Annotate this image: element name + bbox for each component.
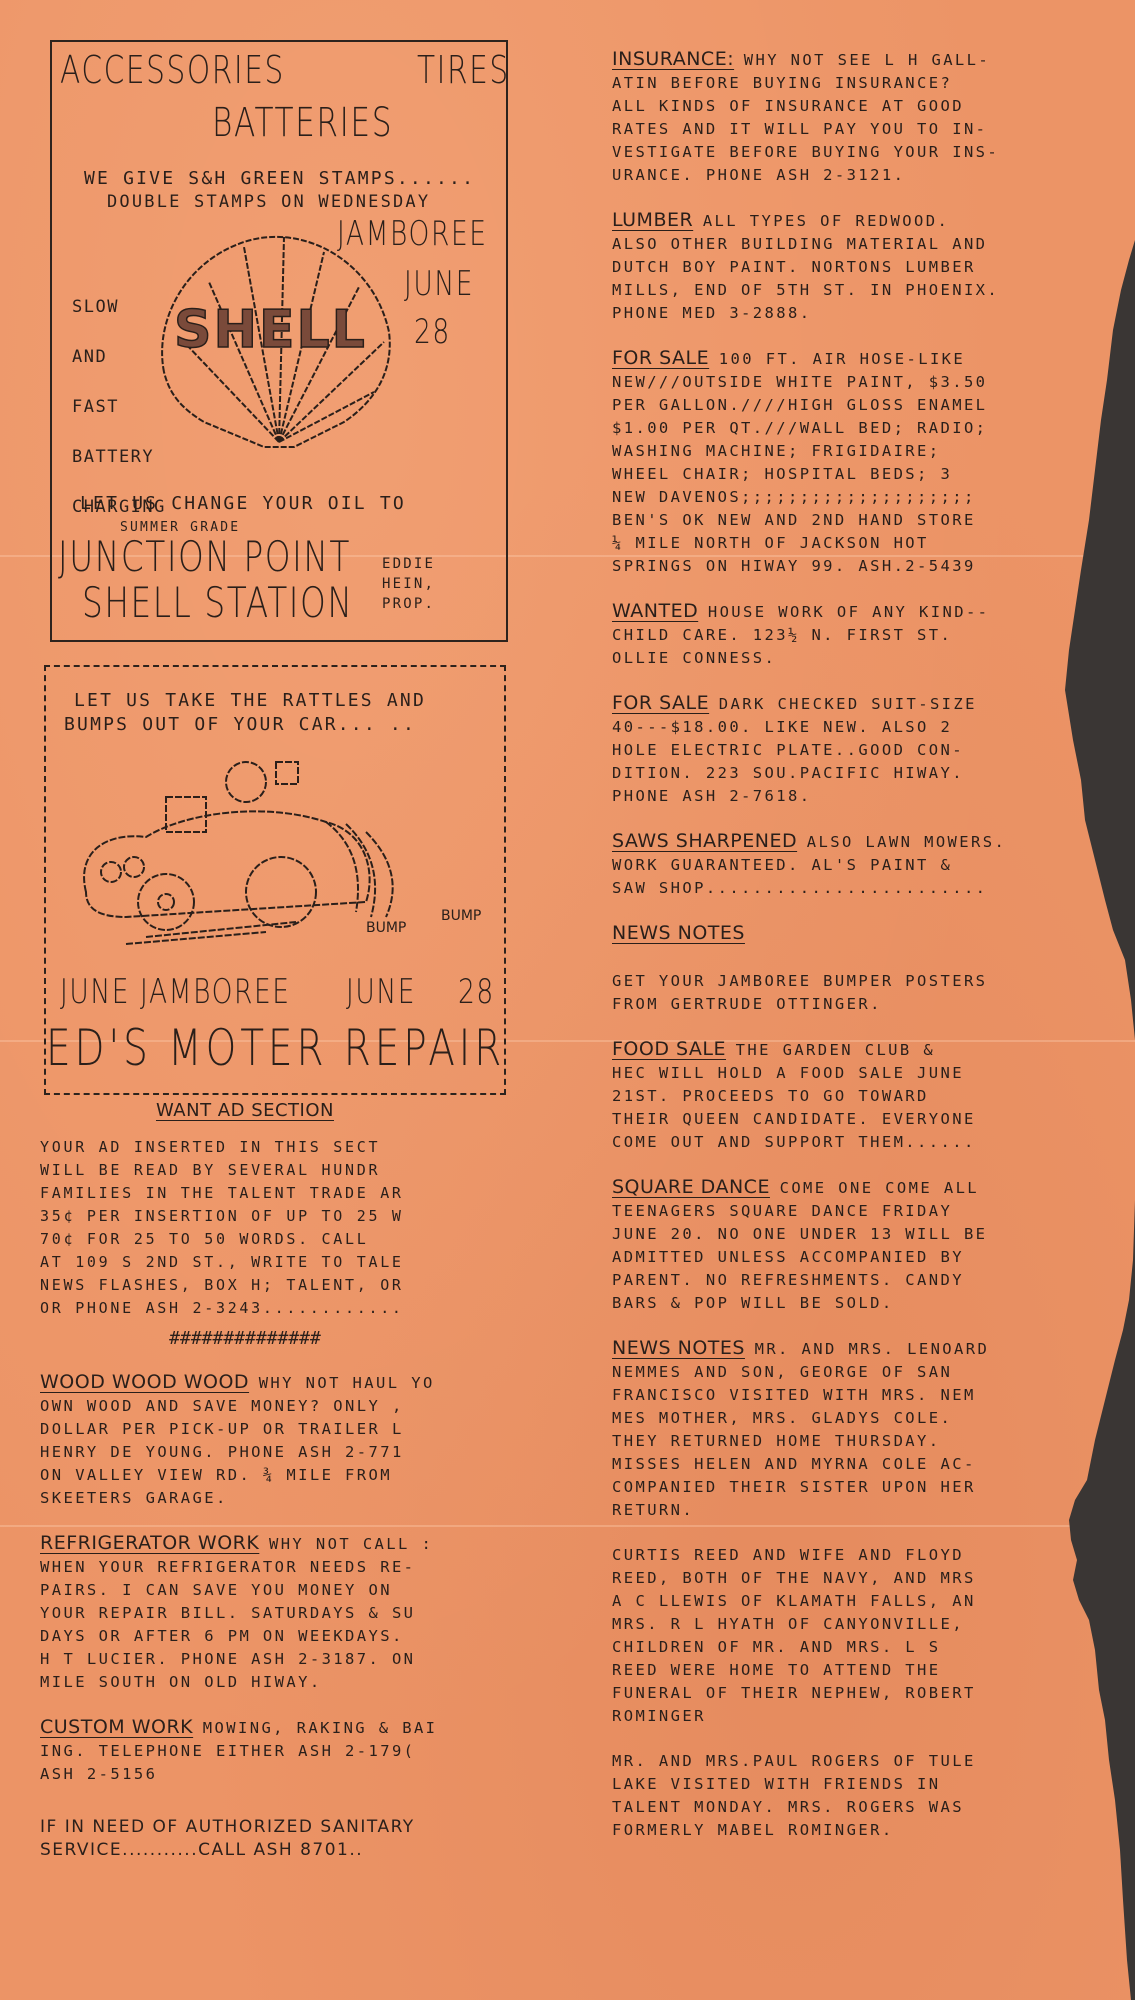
news-item: FOOD SALE The Garden Club & HEC will hol…: [612, 1038, 1082, 1154]
want-ad: CUSTOM WORK mowing, raking & bai ing. Te…: [40, 1716, 510, 1786]
classified-ad: SAWS SHARPENED also lawn mowers. WORK GU…: [612, 830, 1082, 900]
date-label: 28: [458, 972, 495, 1012]
shell-logo-icon: SHELL: [144, 222, 404, 452]
want-ad-intro: Your ad inserted in this sect will be re…: [40, 1136, 510, 1320]
classifieds-and-news: INSURANCE: Why not see L H Gall- atin be…: [612, 48, 1082, 1864]
classified-ad: INSURANCE: Why not see L H Gall- atin be…: [612, 48, 1082, 187]
green-stamps-line: WE GIVE S&H GREEN STAMPS......: [84, 167, 475, 191]
proprietor: EDDIE HEIN, PROP.: [382, 554, 435, 614]
section-divider: ##############: [40, 1328, 510, 1349]
svg-text:SHELL: SHELL: [174, 300, 367, 360]
svg-text:BUMP: BUMP: [441, 908, 481, 924]
want-ad-section: WANT AD SECTION Your ad inserted in this…: [40, 1100, 510, 1884]
news-item: NEWS NOTES Mr. and Mrs. Lenoard Nemmes a…: [612, 1337, 1082, 1522]
bumpy-cartoon-car-icon: BUMP BUMP: [66, 752, 496, 952]
classified-ad: LUMBER All types of Redwood. Also other …: [612, 209, 1082, 325]
rattles-tagline-1: LET US TAKE THE RATTLES AND: [74, 689, 426, 713]
classified-ad: WANTED House work of any kind-- child ca…: [612, 600, 1082, 670]
date-label: 28: [414, 312, 451, 352]
june-jamboree-label: JUNE JAMBOREE: [60, 972, 291, 1012]
svg-text:BUMP: BUMP: [366, 920, 406, 936]
station-name-line1: JUNCTION POINT: [58, 532, 351, 581]
want-ad: REFRIGERATOR WORK Why not call : when yo…: [40, 1532, 510, 1694]
want-ad-title: WANT AD SECTION: [156, 1100, 334, 1121]
classified-ad: FOR SALE Dark checked suit-size 40---$18…: [612, 692, 1082, 808]
want-ad: If in need of authorized sanitary servic…: [40, 1816, 510, 1862]
news-item: SQUARE DANCE Come one come all Teenagers…: [612, 1176, 1082, 1315]
accessories-label: ACCESSORIES: [60, 48, 285, 92]
news-item: Curtis Reed and wife and Floyd Reed, bot…: [612, 1544, 1082, 1728]
news-item: GET your Jamboree bumper posters from Ge…: [612, 970, 1082, 1016]
business-name: ED'S MOTER REPAIR: [46, 1019, 505, 1077]
eds-motor-repair-ad: LET US TAKE THE RATTLES AND BUMPS OUT OF…: [44, 665, 506, 1095]
tires-label: TIRES: [417, 48, 510, 92]
station-name-line2: SHELL STATION: [82, 578, 353, 627]
double-stamps-line: DOUBLE STAMPS ON WEDNESDAY: [107, 190, 430, 214]
june-label: JUNE: [404, 264, 474, 304]
shell-station-ad: ACCESSORIES TIRES BATTERIES WE GIVE S&H …: [50, 40, 508, 642]
classified-ad: FOR SALE 100 ft. air hose-like new///out…: [612, 347, 1082, 578]
want-ad: WOOD WOOD WOOD Why not haul yo own wood …: [40, 1371, 510, 1510]
news-notes-title: NEWS NOTES: [612, 922, 745, 944]
june-label: JUNE: [346, 972, 416, 1012]
rattles-tagline-2: BUMPS OUT OF YOUR CAR... ..: [64, 713, 416, 737]
oil-change-line: LET US CHANGE YOUR OIL TO: [80, 492, 406, 516]
news-item: Mr. and Mrs.Paul Rogers of Tule Lake vis…: [612, 1750, 1082, 1842]
batteries-label: BATTERIES: [212, 100, 393, 146]
